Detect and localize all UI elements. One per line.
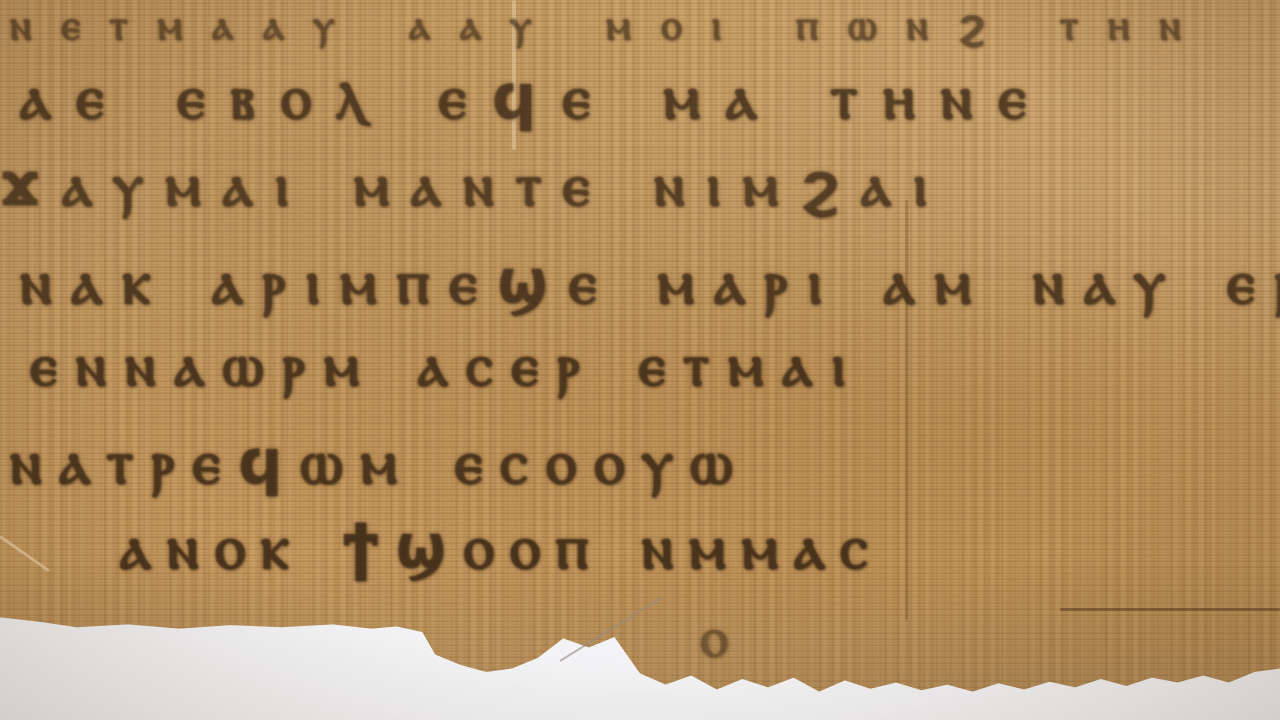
script-line-8: ⲟ: [0, 605, 1280, 671]
papyrus-photograph: ⲛⲉⲧⲙⲁⲁⲩ ⲁⲁⲩ ⲙⲟⲓ ⲡⲱⲛϩ ⲧⲏⲛ ⲁⲉ ⲉⲃⲟⲗ ⲉϥⲉ ⲙⲁ …: [0, 0, 1280, 720]
script-line-2: ⲁⲉ ⲉⲃⲟⲗ ⲉϥⲉ ⲙⲁ ⲧⲏⲛⲉ: [0, 60, 1280, 134]
script-line-1: ⲛⲉⲧⲙⲁⲁⲩ ⲁⲁⲩ ⲙⲟⲓ ⲡⲱⲛϩ ⲧⲏⲛ: [0, 0, 1280, 50]
script-line-3: ϫⲁⲩⲙⲁⲓ ⲙⲁⲛⲧⲉ ⲛⲓⲙϩⲁⲓ: [0, 150, 1280, 220]
papyrus-fragment: ⲛⲉⲧⲙⲁⲁⲩ ⲁⲁⲩ ⲙⲟⲓ ⲡⲱⲛϩ ⲧⲏⲛ ⲁⲉ ⲉⲃⲟⲗ ⲉϥⲉ ⲙⲁ …: [0, 0, 1280, 700]
script-line-6: ⲛⲁⲧⲣⲉϥⲱⲙ ⲉⲥⲟⲟⲩⲱ: [0, 425, 1280, 499]
script-line-4: ⲛⲁⲕ ⲁⲣⲓⲙⲡⲉϣⲉ ⲙⲁⲣⲓ ⲁⲙ ⲛⲁⲩ ⲉⲣⲟ: [0, 245, 1280, 319]
script-line-5: ⲉⲛⲛⲁⲱⲣⲙ ⲁⲥⲉⲣ ⲉⲧⲙⲁⲓ: [0, 330, 1280, 400]
script-line-7: ⲁⲛⲟⲕ ϯϣⲟⲟⲡ ⲛⲙⲙⲁⲥ: [0, 510, 1280, 584]
